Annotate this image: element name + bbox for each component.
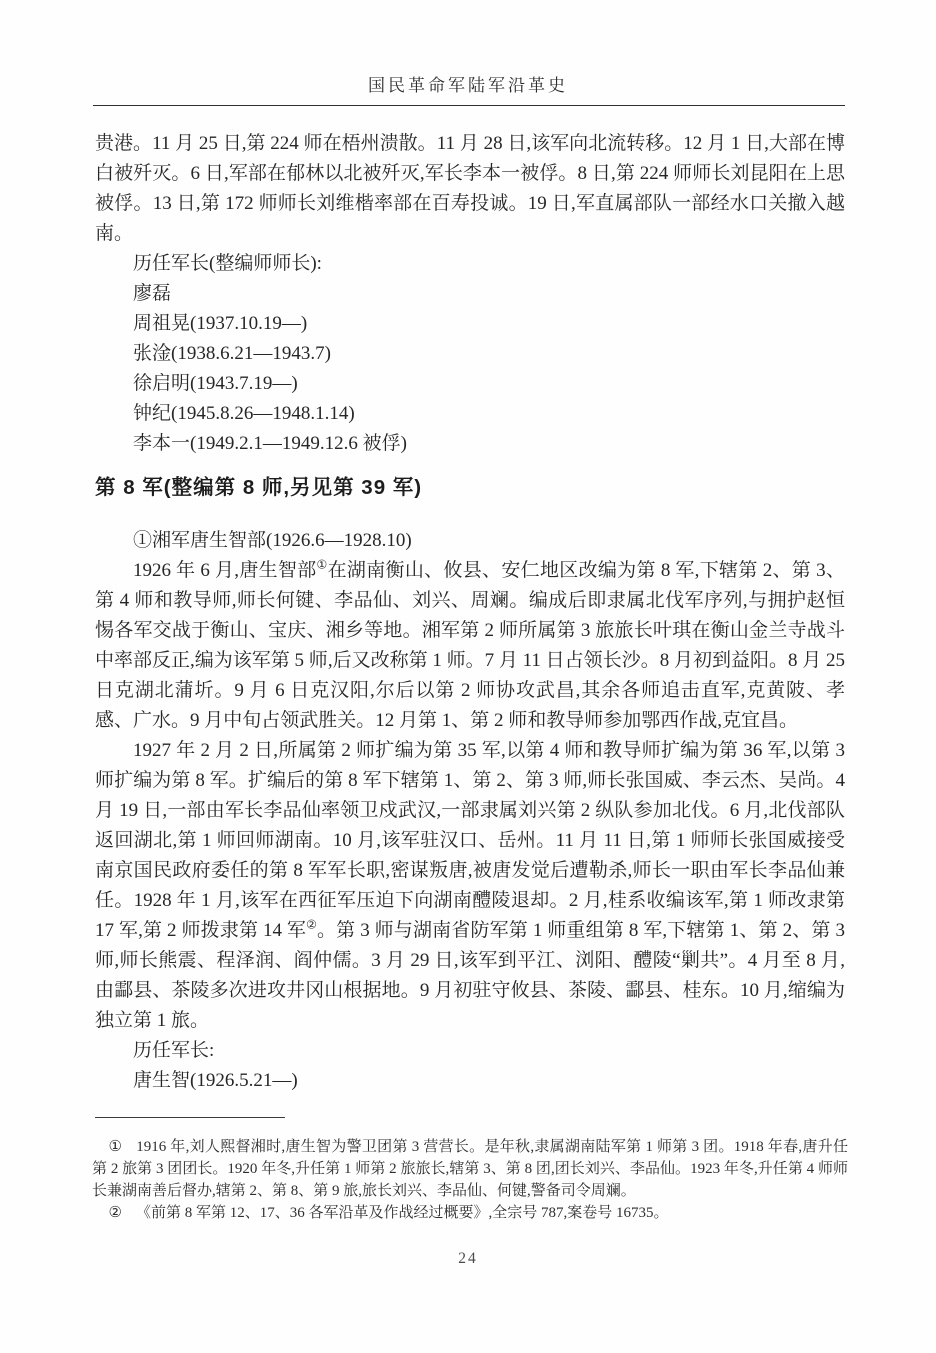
commanders2-intro: 历任军长: bbox=[95, 1036, 845, 1066]
footnote-marker-2: ② bbox=[109, 1205, 122, 1221]
paragraph-text: 1926 年 6 月,唐生智部 bbox=[133, 560, 317, 581]
commander-list-item: 周祖晃(1937.10.19—) bbox=[95, 309, 845, 339]
running-header: 国民革命军陆军沿革史 bbox=[0, 0, 936, 96]
footnote-marker-1: ① bbox=[109, 1139, 123, 1155]
footnote-text-2: 《前第 8 军第 12、17、36 各军沿革及作战经过概要》,全宗号 787,案… bbox=[136, 1205, 669, 1221]
footnote-divider bbox=[95, 1117, 285, 1118]
page-number: 24 bbox=[0, 1250, 936, 1268]
paragraph-text: 在湖南衡山、攸县、安仁地区改编为第 8 军,下辖第 2、第 3、第 4 师和教导… bbox=[95, 560, 845, 731]
subsection-heading: ①湘军唐生智部(1926.6—1928.10) bbox=[95, 526, 845, 556]
paragraph-text: 1927 年 2 月 2 日,所属第 2 师扩编为第 35 军,以第 4 师和教… bbox=[95, 740, 845, 941]
commander-list-item: 廖磊 bbox=[95, 279, 845, 309]
body-paragraph-continuation: 贵港。11 月 25 日,第 224 师在梧州溃散。11 月 28 日,该军向北… bbox=[95, 129, 845, 249]
footnote-1: ①1916 年,刘人熙督湘时,唐生智为警卫团第 3 营营长。是年秋,隶属湖南陆军… bbox=[92, 1136, 848, 1202]
section-heading: 第 8 军(整编第 8 师,另见第 39 军) bbox=[95, 474, 845, 502]
footnote-text-1: 1916 年,刘人熙督湘时,唐生智为警卫团第 3 营营长。是年秋,隶属湖南陆军第… bbox=[92, 1139, 848, 1199]
commander-list-item: 唐生智(1926.5.21—) bbox=[95, 1066, 845, 1096]
document-page: 国民革命军陆军沿革史 贵港。11 月 25 日,第 224 师在梧州溃散。11 … bbox=[0, 0, 936, 1353]
footnote-2: ②《前第 8 军第 12、17、36 各军沿革及作战经过概要》,全宗号 787,… bbox=[92, 1202, 848, 1224]
footnote-ref-1: ① bbox=[317, 558, 328, 572]
commander-list-item: 李本一(1949.2.1—1949.12.6 被俘) bbox=[95, 429, 845, 459]
page-body: 贵港。11 月 25 日,第 224 师在梧州溃散。11 月 28 日,该军向北… bbox=[95, 129, 845, 1096]
body-paragraph-1926: 1926 年 6 月,唐生智部①在湖南衡山、攸县、安仁地区改编为第 8 军,下辖… bbox=[95, 556, 845, 736]
running-header-title: 国民革命军陆军沿革史 bbox=[368, 76, 568, 95]
footnotes-section: ①1916 年,刘人熙督湘时,唐生智为警卫团第 3 营营长。是年秋,隶属湖南陆军… bbox=[92, 1136, 848, 1224]
body-paragraph-1927: 1927 年 2 月 2 日,所属第 2 师扩编为第 35 军,以第 4 师和教… bbox=[95, 736, 845, 1036]
commander-list-item: 钟纪(1945.8.26—1948.1.14) bbox=[95, 399, 845, 429]
commanders-intro: 历任军长(整编师师长): bbox=[95, 249, 845, 279]
commander-list-item: 张淦(1938.6.21—1943.7) bbox=[95, 339, 845, 369]
commander-list-item: 徐启明(1943.7.19—) bbox=[95, 369, 845, 399]
header-rule bbox=[93, 105, 845, 106]
footnote-ref-2: ② bbox=[306, 918, 317, 932]
